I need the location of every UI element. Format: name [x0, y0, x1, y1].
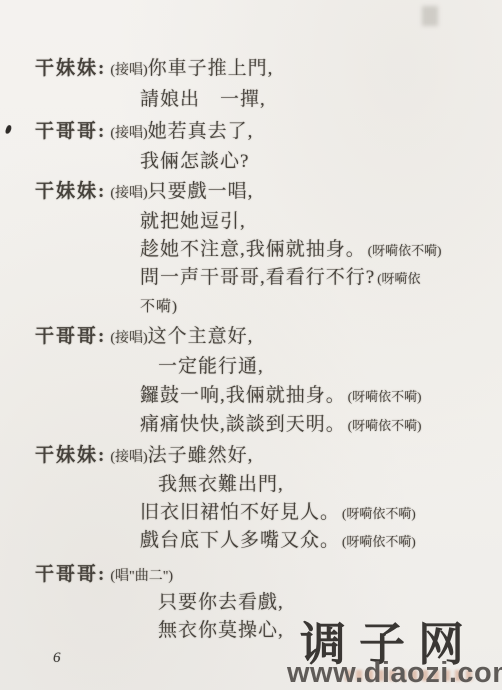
- stage-annotation: (接唱): [110, 331, 147, 346]
- script-line: 請娘出 一撣,: [140, 88, 266, 112]
- speaker-name: 干哥哥:: [35, 564, 106, 585]
- script-line: 一定能行通,: [158, 355, 264, 379]
- script-line: 問一声干哥哥,看看行不行?(呀嗬依: [140, 266, 421, 291]
- line-text: 痛痛快快,談談到天明。: [140, 414, 346, 435]
- line-text: 旧衣旧裙怕不好見人。: [140, 502, 340, 523]
- stage-annotation: (接唱): [110, 126, 147, 141]
- vocal-filler: (呀嗬依不嗬): [348, 418, 422, 433]
- line-text: 就把她逗引,: [140, 211, 246, 232]
- stage-annotation: (接唱): [110, 63, 147, 78]
- script-line: 不嗬): [140, 295, 178, 319]
- script-line: 鑼鼓一响,我倆就抽身。(呀嗬依不嗬): [140, 384, 421, 409]
- vocal-filler: (呀嗬依不嗬): [348, 389, 422, 404]
- script-line: 只要你去看戲,: [158, 591, 284, 615]
- script-line: 干哥哥:(接唱)她若真去了,: [35, 120, 253, 146]
- line-text: 無衣你莫操心,: [158, 620, 284, 641]
- speaker-name: 干哥哥:: [35, 326, 106, 347]
- stage-annotation: (唱"曲二"): [110, 569, 173, 584]
- vocal-filler: (呀嗬依不嗬): [368, 243, 442, 258]
- script-line: 痛痛快快,談談到天明。(呀嗬依不嗬): [140, 413, 421, 438]
- vocal-filler-continued: 不嗬): [140, 299, 178, 315]
- line-text: 問一声干哥哥,看看行不行?: [140, 267, 375, 288]
- vocal-filler: (呀嗬依不嗬): [342, 506, 416, 521]
- line-text: 一定能行通,: [158, 356, 264, 377]
- line-text: 趁她不注意,我倆就抽身。: [140, 239, 366, 260]
- vocal-filler: (呀嗬依不嗬): [342, 534, 416, 549]
- speaker-name: 干哥哥:: [35, 121, 106, 142]
- script-line: 干妹妹:(接唱)你車子推上門,: [35, 57, 273, 83]
- line-text: 只要你去看戲,: [158, 592, 284, 613]
- script-line: 我無衣難出門,: [158, 473, 284, 497]
- stage-annotation: (接唱): [110, 450, 147, 465]
- stage-annotation: (接唱): [110, 186, 147, 201]
- script-text-block: 干妹妹:(接唱)你車子推上門, 請娘出 一撣, 干哥哥:(接唱)她若真去了, 我…: [0, 0, 502, 690]
- script-line: 就把她逗引,: [140, 210, 246, 234]
- page-number: 6: [53, 650, 61, 667]
- line-text: 她若真去了,: [148, 121, 254, 142]
- script-line: 干妹妹:(接唱)只要戲一唱,: [35, 180, 253, 206]
- script-line: 干哥哥:(接唱)这个主意好,: [35, 325, 253, 351]
- script-line: 我倆怎談心?: [140, 150, 249, 174]
- line-text: 法子雖然好,: [148, 445, 254, 466]
- script-line: 旧衣旧裙怕不好見人。(呀嗬依不嗬): [140, 501, 416, 526]
- script-line: 干哥哥:(唱"曲二"): [35, 563, 173, 589]
- line-text: 我無衣難出門,: [158, 474, 284, 495]
- line-text: 你車子推上門,: [148, 58, 274, 79]
- speaker-name: 干妹妹:: [35, 58, 106, 79]
- watermark-site-url: www.diaozi.com: [287, 657, 502, 690]
- script-line: 戲台底下人多嘴又众。(呀嗬依不嗬): [140, 529, 416, 554]
- line-text: 这个主意好,: [148, 326, 254, 347]
- vocal-filler: (呀嗬依: [377, 271, 420, 286]
- script-line: 無衣你莫操心,: [158, 619, 284, 643]
- speaker-name: 干妹妹:: [35, 181, 106, 202]
- line-text: 只要戲一唱,: [148, 181, 254, 202]
- script-line: 干妹妹:(接唱)法子雖然好,: [35, 444, 253, 470]
- speaker-name: 干妹妹:: [35, 445, 106, 466]
- line-text: 戲台底下人多嘴又众。: [140, 530, 340, 551]
- line-text: 我倆怎談心?: [140, 151, 249, 172]
- script-line: 趁她不注意,我倆就抽身。(呀嗬依不嗬): [140, 238, 441, 263]
- scanned-page: 干妹妹:(接唱)你車子推上門, 請娘出 一撣, 干哥哥:(接唱)她若真去了, 我…: [0, 0, 502, 690]
- line-text: 鑼鼓一响,我倆就抽身。: [140, 385, 346, 406]
- line-text: 請娘出 一撣,: [140, 89, 266, 110]
